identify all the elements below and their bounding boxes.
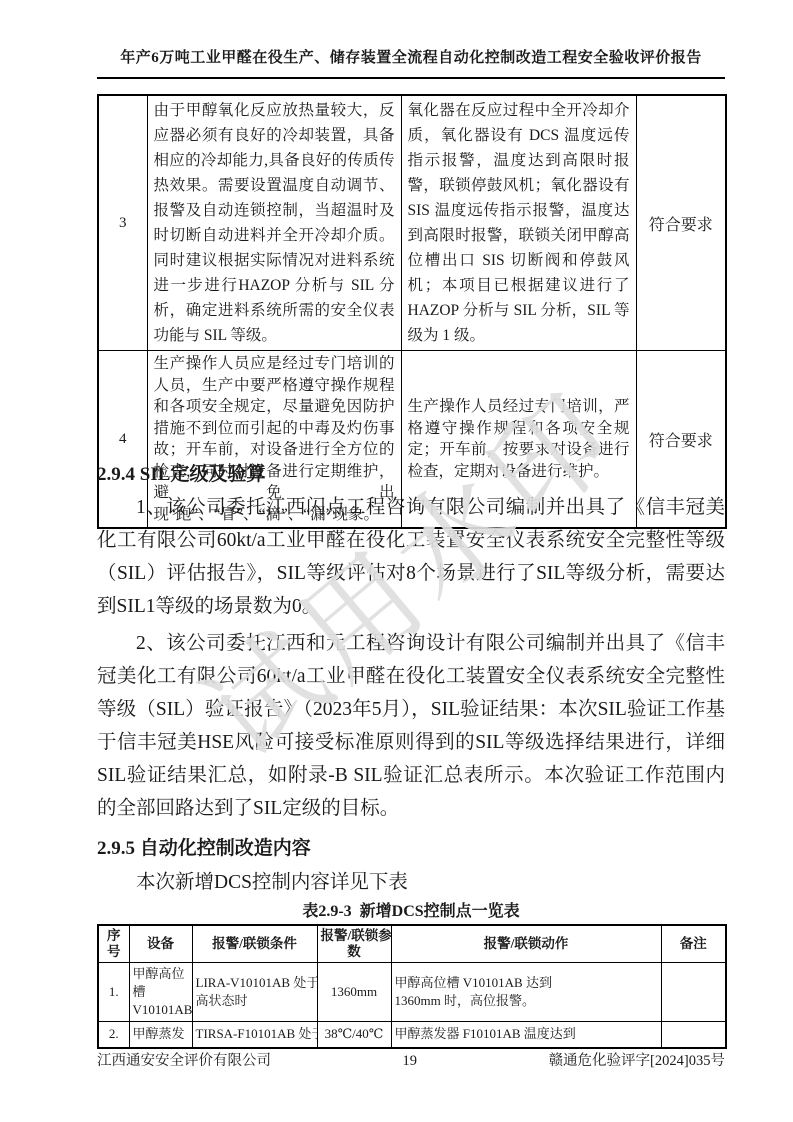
header-device: 设备 [129, 925, 192, 963]
title-divider [97, 77, 725, 79]
table-row: 3 由于甲醇氧化反应放热量较大，反应器必须有良好的冷却装置，具备相应的冷却能力,… [98, 95, 726, 351]
cell-action: 甲醇蒸发器 F10101AB 温度达到 [391, 1022, 661, 1048]
cell-serial-number: 2. [98, 1022, 129, 1048]
header-condition: 报警/联锁条件 [192, 925, 317, 963]
cell-device: 甲醇高位 槽 V10101AB [129, 963, 192, 1022]
cell-serial-number: 3 [98, 95, 147, 351]
dcs-table: 序 号 设备 报警/联锁条件 报警/联锁参 数 报警/联锁动作 备注 1. 甲醇… [97, 924, 727, 1049]
page-footer: 江西通安安全评价有限公司 19 赣通危化验评字[2024]035号 [97, 1049, 725, 1070]
table-header-row: 序 号 设备 报警/联锁条件 报警/联锁参 数 报警/联锁动作 备注 [98, 925, 726, 963]
table-intro-text: 本次新增DCS控制内容详见下表 [97, 866, 725, 894]
cell-serial-number: 1. [98, 963, 129, 1022]
dcs-table-caption: 表2.9-3 新增DCS控制点一览表 [97, 898, 725, 921]
cell-parameter: 38℃/40℃ [317, 1022, 391, 1048]
footer-company: 江西通安安全评价有限公司 [97, 1049, 271, 1070]
footer-doc-number: 赣通危化验评字[2024]035号 [549, 1049, 725, 1070]
cell-device: 甲醇蒸发 [129, 1022, 192, 1048]
cell-remark [661, 1022, 726, 1048]
cell-condition: LIRA-V10101AB 处于 高状态时 [192, 963, 317, 1022]
header-action: 报警/联锁动作 [391, 925, 661, 963]
header-remark: 备注 [661, 925, 726, 963]
table-row: 1. 甲醇高位 槽 V10101AB LIRA-V10101AB 处于 高状态时… [98, 963, 726, 1022]
header-parameter: 报警/联锁参 数 [317, 925, 391, 963]
section-heading-2-9-5: 2.9.5 自动化控制改造内容 [97, 833, 725, 860]
cell-action: 甲醇高位槽 V10101AB 达到 1360mm 时，高位报警。 [391, 963, 661, 1022]
cell-suggestion: 由于甲醇氧化反应放热量较大，反应器必须有良好的冷却装置，具备相应的冷却能力,具备… [147, 95, 401, 351]
cell-implementation: 氧化器在反应过程中全开冷却介质，氧化器设有 DCS 温度远传指示报警，温度达到高… [401, 95, 636, 351]
cell-parameter: 1360mm [317, 963, 391, 1022]
header-serial-number: 序 号 [98, 925, 129, 963]
page-title: 年产6万吨工业甲醛在役生产、储存装置全流程自动化控制改造工程安全验收评价报告 [97, 46, 725, 67]
cell-condition: TIRSA-F10101AB 处于 [192, 1022, 317, 1048]
paragraph: 1、该公司委托江西闪点工程咨询有限公司编制并出具了《信丰冠美化工有限公司60kt… [97, 491, 725, 623]
cell-conclusion: 符合要求 [636, 95, 726, 351]
table-row: 2. 甲醇蒸发 TIRSA-F10101AB 处于 38℃/40℃ 甲醇蒸发器 … [98, 1022, 726, 1048]
footer-page-number: 19 [403, 1053, 418, 1070]
paragraph: 2、该公司委托江西和元工程咨询设计有限公司编制并出具了《信丰冠美化工有限公司60… [97, 627, 725, 825]
cell-remark [661, 963, 726, 1022]
document-page: 年产6万吨工业甲醛在役生产、储存装置全流程自动化控制改造工程安全验收评价报告 3… [0, 0, 793, 1122]
section-heading-2-9-4: 2.9.4 SIL定级及验算 [97, 459, 725, 486]
